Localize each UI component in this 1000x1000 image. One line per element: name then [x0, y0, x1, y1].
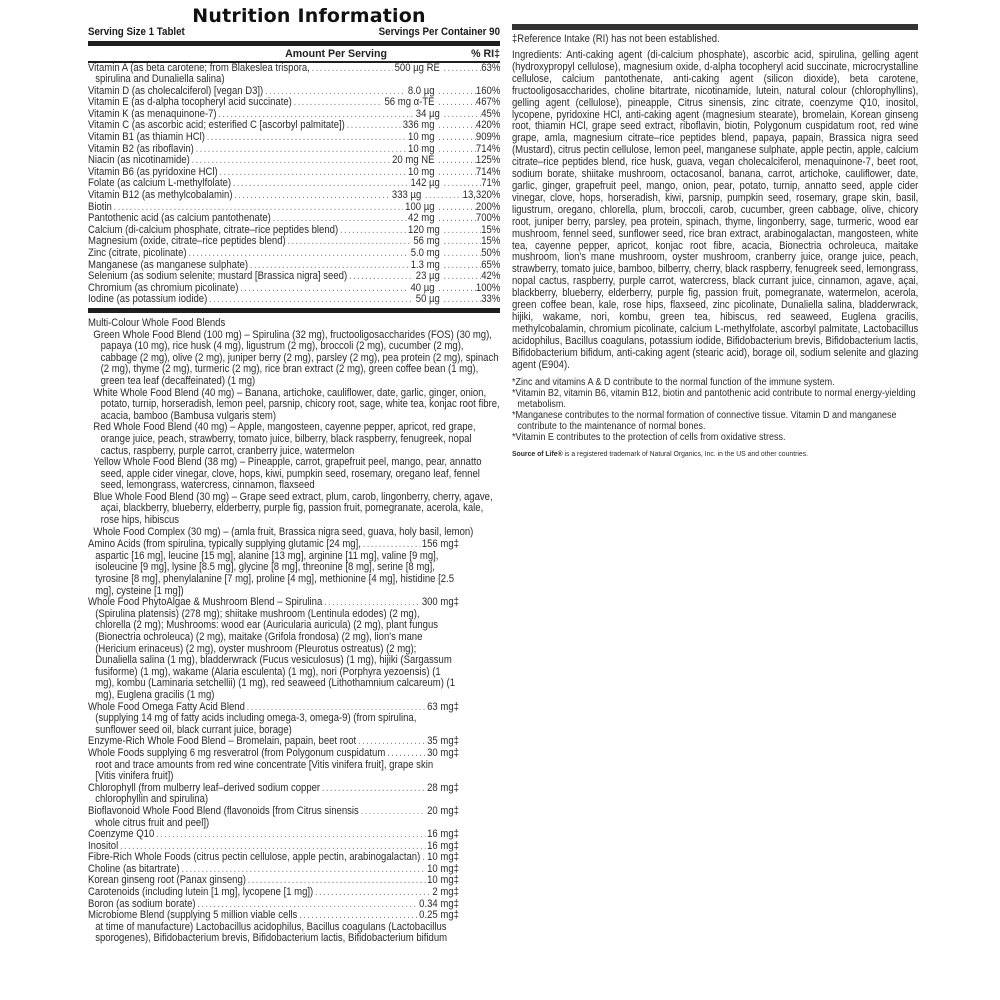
leader-dots — [422, 852, 425, 864]
nutrient-ri: 71% — [481, 178, 500, 190]
ingredients-list: Ingredients: Anti-caking agent (di-calci… — [512, 50, 918, 371]
leader-dots — [294, 97, 383, 109]
leader-dots — [250, 260, 409, 272]
leader-dots — [240, 283, 408, 295]
ingredient-detail: (supplying 14 mg of fatty acids includin… — [88, 713, 500, 736]
nutrient-row: Vitamin A (as beta carotene; from Blakes… — [88, 63, 500, 75]
leader-dots — [347, 120, 401, 132]
leader-dots — [233, 178, 409, 190]
leader-dots — [438, 283, 476, 295]
ingredient-detail: (Spirulina platensis) (278 mg); shiitake… — [88, 609, 500, 702]
nutrient-row: Iodine (as potassium iodide)50 µg33% — [88, 294, 500, 306]
nutrient-amount: 142 µg — [410, 178, 439, 190]
nutrient-name: Biotin — [88, 202, 112, 214]
ingredient-amount: 156 mg‡ — [422, 539, 459, 551]
ingredient-amount: 10 mg‡ — [427, 852, 459, 864]
leader-dots — [443, 225, 481, 237]
ingredient-detail: at time of manufacture) Lactobacillus ac… — [88, 922, 500, 945]
nutrient-row: Biotin100 µg200% — [88, 202, 500, 214]
leader-dots — [287, 236, 411, 248]
nutrient-row: Manganese (as manganese sulphate)1.3 mg6… — [88, 260, 500, 272]
ingredient-name: Enzyme-Rich Whole Food Blend – Bromelain… — [88, 736, 356, 748]
claim-item: *Vitamin B2, vitamin B6, vitamin B12, bi… — [512, 388, 918, 410]
nutrient-name: Iodine (as potassium iodide) — [88, 294, 207, 306]
nutrient-name: Manganese (as manganese sulphate) — [88, 260, 248, 272]
ingredient-row: Enzyme-Rich Whole Food Blend – Bromelain… — [88, 736, 500, 748]
nutrient-name: Vitamin C (as ascorbic acid; esterified … — [88, 120, 345, 132]
nutrient-row: Magnesium (oxide, citrate–rice peptides … — [88, 236, 500, 248]
ingredient-amount: 300 mg‡ — [422, 597, 459, 609]
nutrient-amount: 1.3 mg — [411, 260, 440, 272]
leader-dots — [196, 144, 407, 156]
claim-item: *Manganese contributes to the normal for… — [512, 410, 918, 432]
nutrient-table: Vitamin A (as beta carotene; from Blakes… — [88, 63, 500, 306]
leader-dots — [234, 190, 390, 202]
leader-dots — [443, 248, 481, 260]
leader-dots — [349, 271, 414, 283]
leader-dots — [438, 132, 476, 144]
ingredient-row: Microbiome Blend (supplying 5 million vi… — [88, 910, 500, 922]
column-headers: Amount Per Serving % RI‡ — [88, 46, 500, 61]
nutrient-amount: 50 µg — [416, 294, 440, 306]
ingredient-row: Fibre-Rich Whole Foods (citrus pectin ce… — [88, 852, 500, 864]
leader-dots — [443, 236, 481, 248]
leader-dots — [114, 202, 404, 214]
leader-dots — [209, 294, 414, 306]
leader-dots — [438, 120, 476, 132]
leader-dots — [438, 213, 476, 225]
ingredient-amount: 35 mg‡ — [427, 736, 459, 748]
nutrient-name: Vitamin B2 (as riboflavin) — [88, 144, 194, 156]
leader-dots — [363, 539, 420, 551]
blends-section: Multi-Colour Whole Food Blends Green Who… — [88, 313, 500, 538]
leader-dots — [443, 260, 481, 272]
ingredient-detail: root and trace amounts from red wine con… — [88, 760, 500, 783]
leader-dots — [361, 806, 426, 818]
serving-size: Serving Size 1 Tablet — [88, 26, 185, 38]
ingredient-name: Fibre-Rich Whole Foods (citrus pectin ce… — [88, 852, 420, 864]
blend-item: Red Whole Food Blend (40 mg) – Apple, ma… — [88, 422, 500, 457]
blend-item: White Whole Food Blend (40 mg) – Banana,… — [88, 388, 500, 423]
ingredients-panel: ‡Reference Intake (RI) has not been esta… — [512, 24, 918, 459]
nutrient-name: Magnesium (oxide, citrate–rice peptides … — [88, 236, 286, 248]
nutrient-row: Vitamin B2 (as riboflavin)10 mg714% — [88, 144, 500, 156]
leader-dots — [358, 736, 425, 748]
leader-dots — [438, 97, 476, 109]
divider-thick — [512, 24, 918, 30]
nutrient-ri: 63% — [481, 63, 500, 75]
leader-dots — [438, 202, 476, 214]
ri-header: % RI‡ — [460, 47, 500, 61]
nutrient-amount: 56 mg — [413, 236, 440, 248]
ingredient-detail: chlorophyllin and spirulina) — [88, 794, 500, 806]
nutrient-row: Vitamin B12 (as methylcobalamin)333 µg13… — [88, 190, 500, 202]
leader-dots — [207, 132, 406, 144]
leader-dots — [322, 783, 425, 795]
nutrient-ri: 714% — [476, 144, 500, 156]
nutrient-ri: 65% — [481, 260, 500, 272]
nutrition-panel: Nutrition Information Serving Size 1 Tab… — [88, 6, 500, 945]
blend-item: Whole Food Complex (30 mg) – (amla fruit… — [88, 527, 500, 539]
leader-dots — [299, 910, 417, 922]
nutrient-name: Vitamin A (as beta carotene; from Blakes… — [88, 63, 310, 75]
ingredient-row: Amino Acids (from spirulina, typically s… — [88, 539, 500, 551]
ingredient-amount: 63 mg‡ — [427, 702, 459, 714]
leader-dots — [438, 155, 476, 167]
leader-dots — [443, 178, 481, 190]
nutrient-amount: 10 mg — [408, 144, 435, 156]
ingredient-amount: 20 mg‡ — [427, 806, 459, 818]
panel-title: Nutrition Information — [118, 6, 500, 26]
nutrient-row: Folate (as calcium L-methylfolate)142 µg… — [88, 178, 500, 190]
other-ingredients-table: Amino Acids (from spirulina, typically s… — [88, 539, 500, 945]
leader-dots — [192, 155, 391, 167]
ingredient-amount: 0.25 mg‡ — [419, 910, 459, 922]
amount-header: Amount Per Serving — [236, 47, 436, 61]
nutrient-ri: 200% — [476, 202, 500, 214]
ingredient-amount: 28 mg‡ — [427, 783, 459, 795]
servings-per-container: Servings Per Container 90 — [379, 26, 500, 38]
leader-dots — [340, 225, 406, 237]
leader-dots — [443, 63, 481, 75]
leader-dots — [438, 167, 476, 179]
trademark-note: Source of Life® is a registered trademar… — [512, 449, 918, 459]
blends-heading: Multi-Colour Whole Food Blends — [88, 318, 500, 330]
blend-item: Green Whole Food Blend (100 mg) – Spirul… — [88, 330, 500, 388]
leader-dots — [219, 167, 406, 179]
trademark-text: is a registered trademark of Natural Org… — [563, 449, 808, 458]
leader-dots — [315, 887, 431, 899]
nutrient-amount: 336 mg — [403, 120, 435, 132]
claim-item: *Vitamin E contributes to the protection… — [512, 432, 918, 443]
leader-dots — [438, 86, 476, 98]
nutrient-name: Folate (as calcium L-methylfolate) — [88, 178, 231, 190]
ingredient-detail: aspartic [16 mg], leucine [15 mg], alani… — [88, 551, 500, 597]
nutrient-ri: 420% — [476, 120, 500, 132]
serving-info: Serving Size 1 Tablet Servings Per Conta… — [88, 26, 500, 38]
ingredient-name: Amino Acids (from spirulina, typically s… — [88, 539, 361, 551]
leader-dots — [312, 63, 393, 75]
blend-item: Yellow Whole Food Blend (38 mg) – Pineap… — [88, 457, 500, 492]
blend-item: Blue Whole Food Blend (30 mg) – Grape se… — [88, 492, 500, 527]
leader-dots — [324, 597, 420, 609]
claim-item: *Zinc and vitamins A & D contribute to t… — [512, 377, 918, 388]
nutrient-amount: 500 µg RE — [395, 63, 440, 75]
leader-dots — [438, 144, 476, 156]
leader-dots — [443, 294, 481, 306]
ingredient-row: Whole Food PhytoAlgae & Mushroom Blend –… — [88, 597, 500, 609]
nutrient-amount: 100 µg — [405, 202, 434, 214]
ingredient-name: Microbiome Blend (supplying 5 million vi… — [88, 910, 297, 922]
ingredient-name: Whole Food PhytoAlgae & Mushroom Blend –… — [88, 597, 322, 609]
health-claims: *Zinc and vitamins A & D contribute to t… — [512, 377, 918, 443]
nutrient-row: Vitamin C (as ascorbic acid; esterified … — [88, 120, 500, 132]
ri-footnote: ‡Reference Intake (RI) has not been esta… — [512, 33, 918, 46]
brand-name: Source of Life® — [512, 449, 563, 458]
leader-dots — [156, 829, 425, 841]
nutrient-ri: 33% — [481, 294, 500, 306]
nutrient-ri: 15% — [481, 236, 500, 248]
